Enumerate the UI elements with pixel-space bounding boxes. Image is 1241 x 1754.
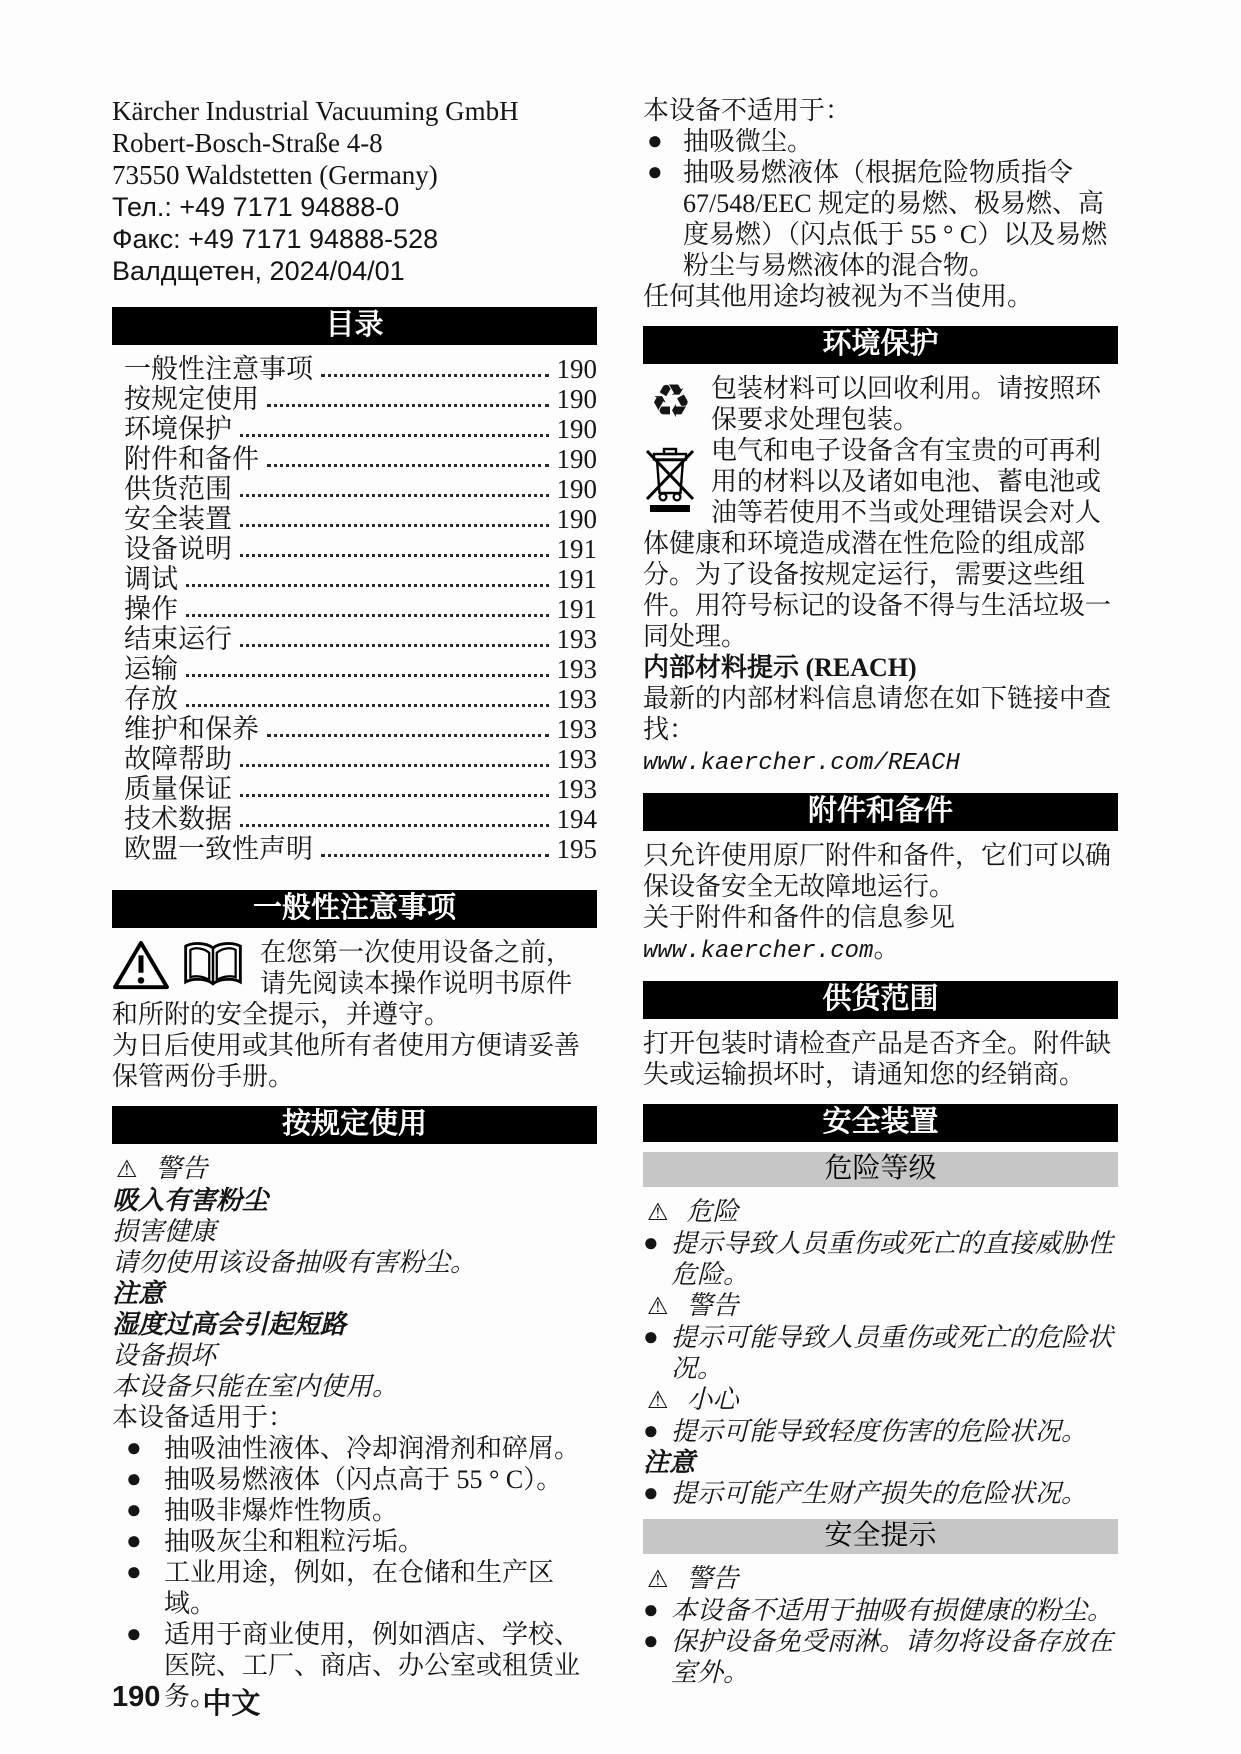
kaercher-url-link[interactable]: www.kaercher.com	[643, 938, 873, 965]
toc-entry[interactable]: 调试191	[112, 564, 597, 594]
company-address: Kärcher Industrial Vacuuming GmbH Robert…	[112, 95, 597, 287]
toc-dot-leader	[240, 554, 549, 557]
address-fax: Факс: +49 7171 94888-528	[112, 223, 597, 255]
warning-heading: ⚠警告	[643, 1563, 1118, 1595]
list-item-text: 抽吸易燃液体（闪点高于 55 ° C）。	[164, 1465, 562, 1494]
hazard-level-text: 提示可能导致轻度伤害的危险状况。	[671, 1417, 1087, 1446]
bullet-icon: ●	[643, 1227, 659, 1258]
list-item: ●工业用途，例如，在仓储和生产区域。	[112, 1557, 597, 1619]
toc-entry[interactable]: 结束运行193	[112, 624, 597, 654]
toc-entry-label: 设备说明	[112, 534, 232, 564]
toc-dot-leader	[240, 494, 549, 497]
danger-label: 危险	[687, 1197, 739, 1226]
weee-text: 电气和电子设备含有宝贵的可再利用的材料以及诸如电池、蓄电池或油等若使用不当或处理…	[643, 435, 1118, 652]
toc-dot-leader	[240, 524, 549, 527]
suitable-list: ●抽吸油性液体、冷却润滑剂和碎屑。 ●抽吸易燃液体（闪点高于 55 ° C）。 …	[112, 1433, 597, 1712]
toc-dot-leader	[267, 734, 549, 737]
toc-entry-page: 194	[557, 804, 598, 834]
toc-entry-label: 质量保证	[112, 774, 232, 804]
toc-entry-page: 193	[557, 744, 598, 774]
bullet-icon: ●	[126, 1556, 142, 1587]
section-header-safety-devices: 安全装置	[643, 1104, 1118, 1142]
toc-entry-page: 190	[557, 354, 598, 384]
page-footer: 190 中文	[112, 1681, 260, 1722]
accessories-body: 只允许使用原厂附件和备件，它们可以确保设备安全无故障地运行。 关于附件和备件的信…	[643, 840, 1118, 967]
warning-label: 警告	[687, 1291, 739, 1320]
not-suitable-list: ●抽吸微尘。 ●抽吸易燃液体（根据危险物质指令 67/548/EEC 规定的易燃…	[643, 126, 1118, 281]
toc-dot-leader	[186, 614, 549, 617]
hazard-level-item: ●提示可能导致人员重伤或死亡的危险状况。	[643, 1322, 1118, 1384]
hazard-levels-body: ⚠危险 ●提示导致人员重伤或死亡的直接威胁性危险。 ⚠警告 ●提示可能导致人员重…	[643, 1196, 1118, 1509]
toc-entry[interactable]: 质量保证193	[112, 774, 597, 804]
recycle-text: 包装材料可以回收利用。请按照环保要求处理包装。	[643, 373, 1118, 435]
toc-entry-label: 安全装置	[112, 504, 232, 534]
safety-note-text: 本设备不适用于抽吸有损健康的粉尘。	[671, 1596, 1113, 1625]
hazard-level-text: 提示可能产生财产损失的危险状况。	[671, 1479, 1087, 1508]
list-item-text: 抽吸易燃液体（根据危险物质指令 67/548/EEC 规定的易燃、极易燃、高度易…	[683, 158, 1107, 280]
toc-dot-leader	[267, 404, 549, 407]
toc-dot-leader	[321, 374, 549, 377]
list-item: ●抽吸油性液体、冷却润滑剂和碎屑。	[112, 1433, 597, 1464]
safety-note-item: ●保护设备免受雨淋。请勿将设备存放在室外。	[643, 1626, 1118, 1688]
recycle-icon: ♻	[643, 375, 699, 427]
list-item-text: 抽吸油性液体、冷却润滑剂和碎屑。	[164, 1434, 580, 1463]
toc-entry-label: 操作	[112, 594, 178, 624]
hazard-level-item: ●提示导致人员重伤或死亡的直接威胁性危险。	[643, 1228, 1118, 1290]
warning-triangle-icon: ⚠	[647, 1198, 669, 1226]
address-phone: Тел.: +49 7171 94888-0	[112, 191, 597, 223]
section-header-environment: 环境保护	[643, 326, 1118, 364]
toc-dot-leader	[186, 584, 549, 587]
address-line: Robert-Bosch-Straße 4-8	[112, 127, 597, 159]
subsection-header-safety-notes: 安全提示	[643, 1519, 1118, 1554]
toc-entry[interactable]: 附件和备件190	[112, 444, 597, 474]
warning-label: 警告	[156, 1154, 208, 1183]
notice-heading: 注意	[643, 1447, 1118, 1478]
toc-entry[interactable]: 故障帮助193	[112, 744, 597, 774]
not-suitable-outro: 任何其他用途均被视为不当使用。	[643, 281, 1118, 312]
section-header-accessories: 附件和备件	[643, 793, 1118, 831]
toc-entry[interactable]: 存放193	[112, 684, 597, 714]
notice-label: 注意	[112, 1278, 597, 1309]
list-item: ●抽吸微尘。	[643, 126, 1118, 157]
suitable-intro: 本设备适用于：	[112, 1402, 597, 1433]
toc-entry-page: 190	[557, 384, 598, 414]
not-suitable-intro: 本设备不适用于：	[643, 95, 1118, 126]
toc-entry-page: 190	[557, 474, 598, 504]
toc-entry[interactable]: 安全装置190	[112, 504, 597, 534]
general-notes-icons	[112, 939, 246, 991]
list-item: ●抽吸易燃液体（根据危险物质指令 67/548/EEC 规定的易燃、极易燃、高度…	[643, 157, 1118, 281]
bullet-icon: ●	[647, 125, 663, 156]
toc-entry-label: 环境保护	[112, 414, 232, 444]
bullet-icon: ●	[126, 1494, 142, 1525]
danger-heading: ⚠危险	[643, 1196, 1118, 1228]
toc-entry-page: 191	[557, 564, 598, 594]
reach-url-link[interactable]: www.kaercher.com/REACH	[643, 750, 960, 777]
warning-heading: ⚠警告	[112, 1153, 597, 1185]
toc-entry[interactable]: 环境保护190	[112, 414, 597, 444]
toc-entry-page: 193	[557, 714, 598, 744]
toc-entry[interactable]: 技术数据194	[112, 804, 597, 834]
section-header-scope: 供货范围	[643, 981, 1118, 1019]
toc-entry-label: 调试	[112, 564, 178, 594]
toc-dot-leader	[240, 794, 549, 797]
list-item: ●抽吸灰尘和粗粒污垢。	[112, 1526, 597, 1557]
read-manual-book-icon	[180, 939, 246, 991]
hazard-title: 吸入有害粉尘	[112, 1185, 597, 1216]
bullet-icon: ●	[126, 1432, 142, 1463]
toc-entry-label: 维护和保养	[112, 714, 259, 744]
warning-heading: ⚠警告	[643, 1290, 1118, 1322]
section-header-intended-use: 按规定使用	[112, 1106, 597, 1144]
notice-consequence: 设备损坏	[112, 1340, 597, 1371]
footer-language: 中文	[202, 1681, 260, 1722]
right-column: 本设备不适用于： ●抽吸微尘。 ●抽吸易燃液体（根据危险物质指令 67/548/…	[643, 95, 1118, 1712]
bullet-icon: ●	[643, 1594, 659, 1625]
toc-entry-label: 欧盟一致性声明	[112, 834, 313, 864]
toc-dot-leader	[240, 764, 549, 767]
general-notes-body: 在您第一次使用设备之前，请先阅读本操作说明书原件和所附的安全提示，并遵守。 为日…	[112, 937, 597, 1092]
url-suffix: 。	[873, 934, 899, 963]
hazard-level-text: 提示导致人员重伤或死亡的直接威胁性危险。	[671, 1229, 1113, 1289]
toc-entry-page: 191	[557, 594, 598, 624]
list-item-text: 工业用途，例如，在仓储和生产区域。	[164, 1558, 554, 1618]
safety-note-text: 保护设备免受雨淋。请勿将设备存放在室外。	[671, 1627, 1113, 1687]
toc-dot-leader	[240, 434, 549, 437]
list-item-text: 抽吸微尘。	[683, 127, 813, 156]
environment-recycle-block: ♻ 包装材料可以回收利用。请按照环保要求处理包装。	[643, 373, 1118, 435]
footer-page-number: 190	[112, 1681, 160, 1722]
toc-dot-leader	[240, 644, 549, 647]
toc-entry-page: 190	[557, 504, 598, 534]
notice-title: 湿度过高会引起短路	[112, 1309, 597, 1340]
weee-crossed-bin-icon	[643, 437, 699, 513]
warning-triangle-icon: ⚠	[647, 1292, 669, 1320]
hazard-level-item: ●提示可能产生财产损失的危险状况。	[643, 1478, 1118, 1509]
bullet-icon: ●	[643, 1625, 659, 1656]
page-columns: Kärcher Industrial Vacuuming GmbH Robert…	[0, 0, 1241, 1712]
list-item-text: 抽吸灰尘和粗粒污垢。	[164, 1527, 424, 1556]
toc-dot-leader	[321, 854, 549, 857]
hazard-instruction: 请勿使用该设备抽吸有害粉尘。	[112, 1247, 597, 1278]
warning-triangle-icon: ⚠	[647, 1386, 669, 1414]
toc-entry-page: 190	[557, 414, 598, 444]
toc-entry[interactable]: 欧盟一致性声明195	[112, 834, 597, 864]
reach-title: 内部材料提示 (REACH)	[643, 652, 1118, 683]
safety-notes-body: ⚠警告 ●本设备不适用于抽吸有损健康的粉尘。 ●保护设备免受雨淋。请勿将设备存放…	[643, 1563, 1118, 1688]
toc-entry-label: 一般性注意事项	[112, 354, 313, 384]
table-of-contents: 一般性注意事项190 按规定使用190 环境保护190 附件和备件190 供货范…	[112, 354, 597, 864]
warning-triangle-icon: ⚠	[647, 1565, 669, 1593]
toc-entry[interactable]: 运输193	[112, 654, 597, 684]
accessories-text: 只允许使用原厂附件和备件，它们可以确保设备安全无故障地运行。	[643, 840, 1118, 902]
bullet-icon: ●	[643, 1321, 659, 1352]
bullet-icon: ●	[126, 1525, 142, 1556]
hazard-level-item: ●提示可能导致轻度伤害的危险状况。	[643, 1416, 1118, 1447]
toc-entry[interactable]: 一般性注意事项190	[112, 354, 597, 384]
toc-entry-page: 193	[557, 684, 598, 714]
bullet-icon: ●	[126, 1463, 142, 1494]
accessories-see-text: 关于附件和备件的信息参见	[643, 902, 1118, 933]
toc-entry[interactable]: 按规定使用190	[112, 384, 597, 414]
bullet-icon: ●	[647, 156, 663, 187]
caution-label: 小心	[687, 1385, 739, 1414]
toc-entry-label: 附件和备件	[112, 444, 259, 474]
left-column: Kärcher Industrial Vacuuming GmbH Robert…	[112, 95, 597, 1712]
intended-use-body: ⚠警告 吸入有害粉尘 损害健康 请勿使用该设备抽吸有害粉尘。 注意 湿度过高会引…	[112, 1153, 597, 1712]
general-notes-paragraph: 为日后使用或其他所有者使用方便请妥善保管两份手册。	[112, 1030, 597, 1092]
toc-entry-label: 运输	[112, 654, 178, 684]
subsection-header-hazard-levels: 危险等级	[643, 1152, 1118, 1187]
scope-text: 打开包装时请检查产品是否齐全。附件缺失或运输损坏时，请通知您的经销商。	[643, 1028, 1118, 1090]
bullet-icon: ●	[126, 1618, 142, 1649]
toc-entry-label: 供货范围	[112, 474, 232, 504]
toc-entry-label: 存放	[112, 684, 178, 714]
toc-entry[interactable]: 操作191	[112, 594, 597, 624]
toc-entry-page: 193	[557, 624, 598, 654]
list-item-text: 抽吸非爆炸性物质。	[164, 1496, 398, 1525]
caution-heading: ⚠小心	[643, 1384, 1118, 1416]
address-date: Валдщетен, 2024/04/01	[112, 255, 597, 287]
toc-entry-page: 193	[557, 774, 598, 804]
bullet-icon: ●	[643, 1477, 659, 1508]
toc-dot-leader	[240, 824, 549, 827]
address-line: 73550 Waldstetten (Germany)	[112, 159, 597, 191]
list-item: ●抽吸非爆炸性物质。	[112, 1495, 597, 1526]
reach-text: 最新的内部材料信息请您在如下链接中查找：	[643, 683, 1118, 745]
environment-weee-block: 电气和电子设备含有宝贵的可再利用的材料以及诸如电池、蓄电池或油等若使用不当或处理…	[643, 435, 1118, 652]
toc-entry-label: 结束运行	[112, 624, 232, 654]
manual-page: Kärcher Industrial Vacuuming GmbH Robert…	[0, 0, 1241, 1754]
hazard-level-text: 提示可能导致人员重伤或死亡的危险状况。	[671, 1323, 1113, 1383]
toc-header: 目录	[112, 307, 597, 345]
toc-entry-page: 191	[557, 534, 598, 564]
warning-triangle-icon: ⚠	[116, 1155, 138, 1183]
toc-entry-label: 故障帮助	[112, 744, 232, 774]
notice-instruction: 本设备只能在室内使用。	[112, 1371, 597, 1402]
toc-entry-page: 193	[557, 654, 598, 684]
section-header-general-notes: 一般性注意事项	[112, 890, 597, 928]
toc-entry[interactable]: 维护和保养193	[112, 714, 597, 744]
toc-entry[interactable]: 供货范围190	[112, 474, 597, 504]
address-line: Kärcher Industrial Vacuuming GmbH	[112, 95, 597, 127]
toc-dot-leader	[186, 704, 549, 707]
toc-entry[interactable]: 设备说明191	[112, 534, 597, 564]
toc-entry-label: 技术数据	[112, 804, 232, 834]
toc-entry-page: 190	[557, 444, 598, 474]
environment-body: ♻ 包装材料可以回收利用。请按照环保要求处理包装。	[643, 373, 1118, 779]
toc-dot-leader	[186, 674, 549, 677]
toc-dot-leader	[267, 464, 549, 467]
warning-triangle-icon	[112, 939, 170, 991]
toc-entry-page: 195	[557, 834, 598, 864]
hazard-consequence: 损害健康	[112, 1216, 597, 1247]
warning-label: 警告	[687, 1564, 739, 1593]
toc-entry-label: 按规定使用	[112, 384, 259, 414]
bullet-icon: ●	[643, 1415, 659, 1446]
recycle-glyph: ♻	[650, 374, 691, 428]
safety-note-item: ●本设备不适用于抽吸有损健康的粉尘。	[643, 1595, 1118, 1626]
list-item: ●抽吸易燃液体（闪点高于 55 ° C）。	[112, 1464, 597, 1495]
